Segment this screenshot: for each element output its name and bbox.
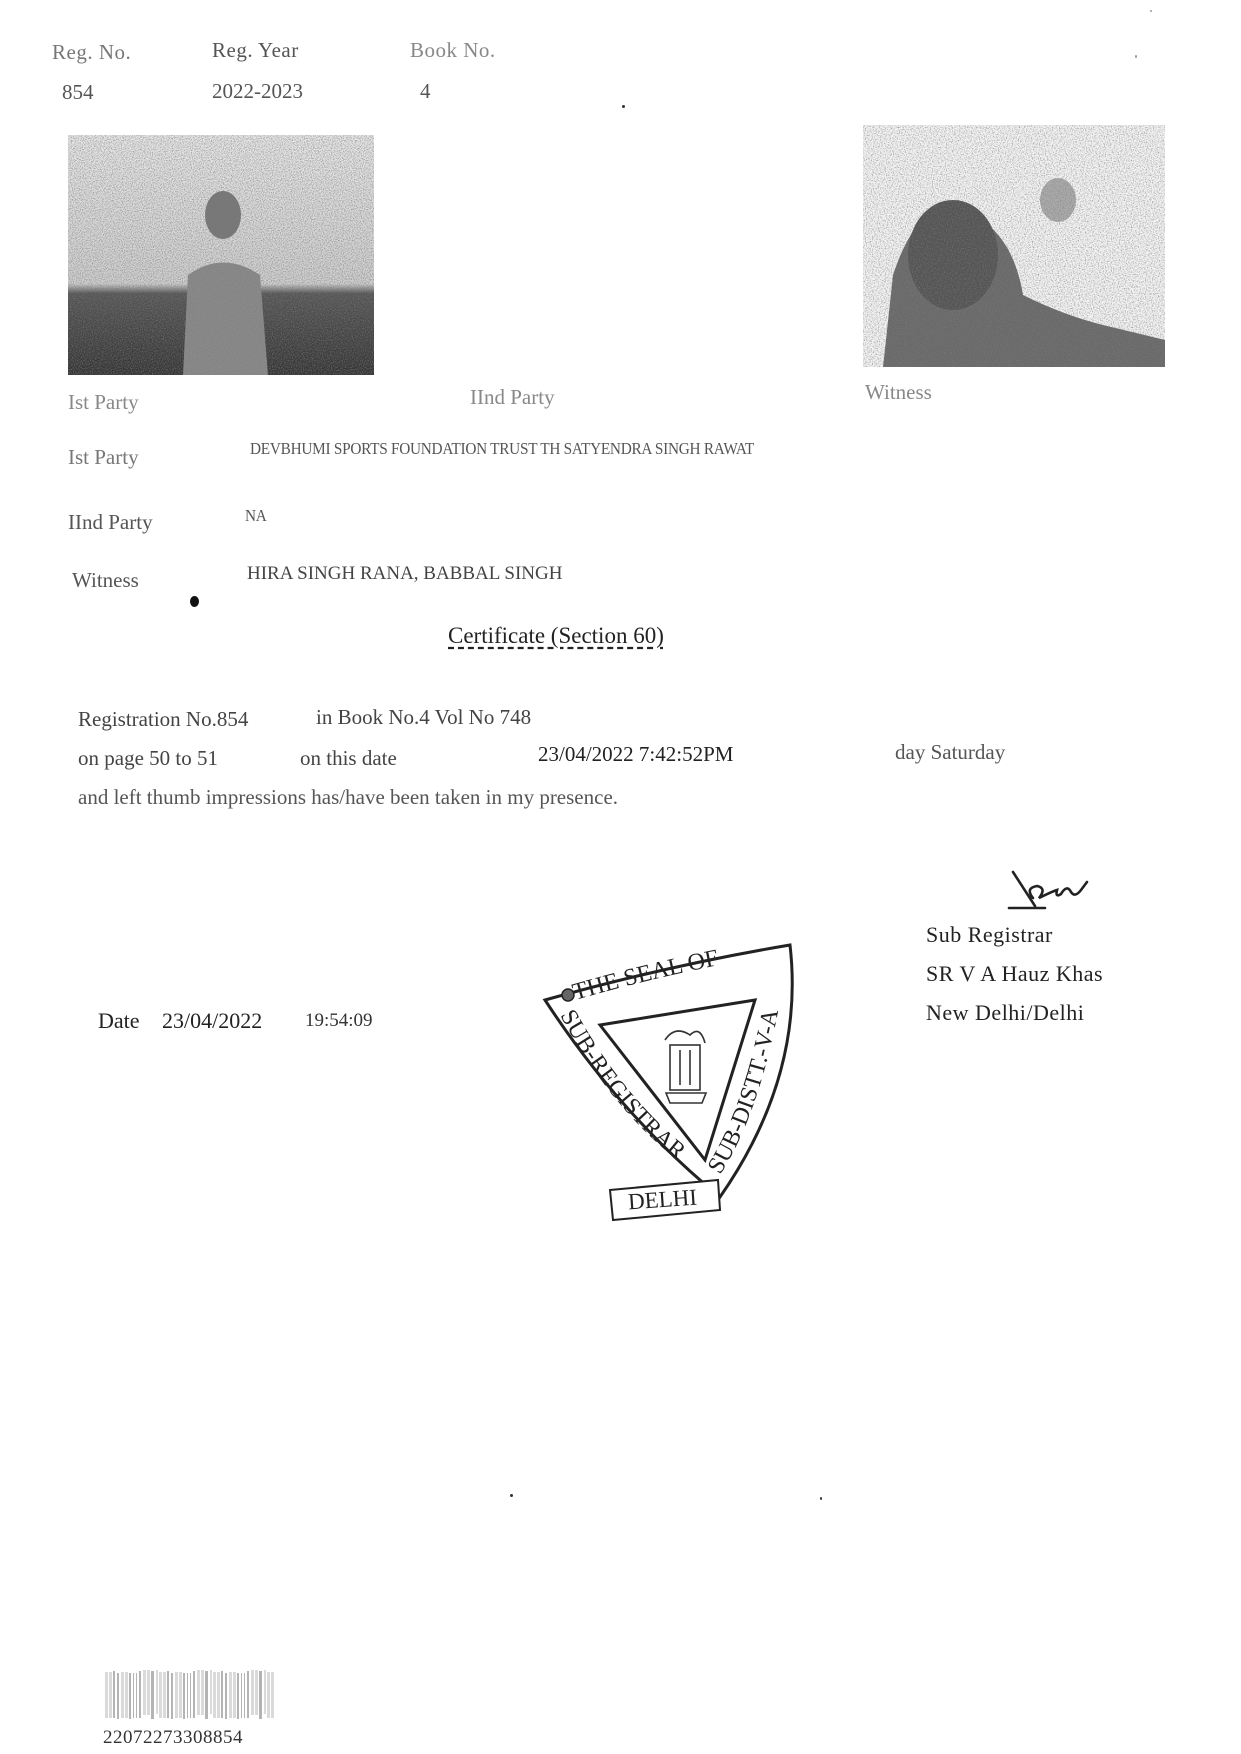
thumb-impression-statement: and left thumb impressions has/have been… <box>78 785 618 810</box>
footer-time-value: 19:54:09 <box>305 1010 373 1032</box>
footer-date-value: 23/04/2022 <box>162 1008 262 1034</box>
book-no-value: 4 <box>420 79 431 104</box>
barcode <box>103 1668 278 1723</box>
page-range-text: on page 50 to 51 <box>78 746 218 771</box>
book-volume-text: in Book No.4 Vol No 748 <box>316 705 531 730</box>
scan-speck <box>1135 55 1137 58</box>
signatory-title: Sub Registrar <box>926 922 1053 948</box>
reg-year-value: 2022-2023 <box>212 79 303 104</box>
ink-spot <box>190 596 199 607</box>
witness-label: Witness <box>72 568 139 593</box>
second-party-photo-caption: IInd Party <box>470 385 555 410</box>
scan-speck <box>622 105 625 108</box>
signature-icon <box>1005 868 1095 916</box>
registration-datetime: 23/04/2022 7:42:52PM <box>538 742 733 767</box>
footer-date-label: Date <box>98 1008 140 1034</box>
scan-speck <box>510 1494 513 1497</box>
registration-number-text: Registration No.854 <box>78 707 248 732</box>
signatory-location: New Delhi/Delhi <box>926 1000 1084 1026</box>
signatory-office: SR V A Hauz Khas <box>926 961 1103 987</box>
witness-value: HIRA SINGH RANA, BABBAL SINGH <box>247 563 562 585</box>
book-no-label: Book No. <box>410 38 496 63</box>
scan-speck <box>1150 10 1152 12</box>
reg-year-label: Reg. Year <box>212 38 299 63</box>
reg-no-label: Reg. No. <box>52 40 131 65</box>
on-this-date-text: on this date <box>300 746 397 771</box>
first-party-photo <box>68 135 374 375</box>
second-party-value: NA <box>245 506 267 526</box>
first-party-photo-caption: Ist Party <box>68 390 139 415</box>
registration-day: day Saturday <box>895 740 1005 765</box>
reg-no-value: 854 <box>62 80 94 105</box>
scan-speck <box>820 1497 822 1500</box>
first-party-label: Ist Party <box>68 445 139 470</box>
seal-bottom-text: DELHI <box>627 1185 698 1216</box>
svg-text:THE SEAL OF: THE SEAL OF <box>570 945 721 1005</box>
certificate-title: Certificate (Section 60) <box>448 623 664 649</box>
witness-photo <box>863 125 1165 367</box>
first-party-value: DEVBHUMI SPORTS FOUNDATION TRUST TH SATY… <box>250 439 754 459</box>
official-seal: THE SEAL OF SUB-REGISTRAR SUB-DISTT.-V-A… <box>530 925 810 1225</box>
seal-top-text: THE SEAL OF <box>570 945 721 1005</box>
second-party-label: IInd Party <box>68 510 153 535</box>
barcode-number: 22072273308854 <box>103 1727 243 1749</box>
witness-photo-caption: Witness <box>865 380 932 405</box>
